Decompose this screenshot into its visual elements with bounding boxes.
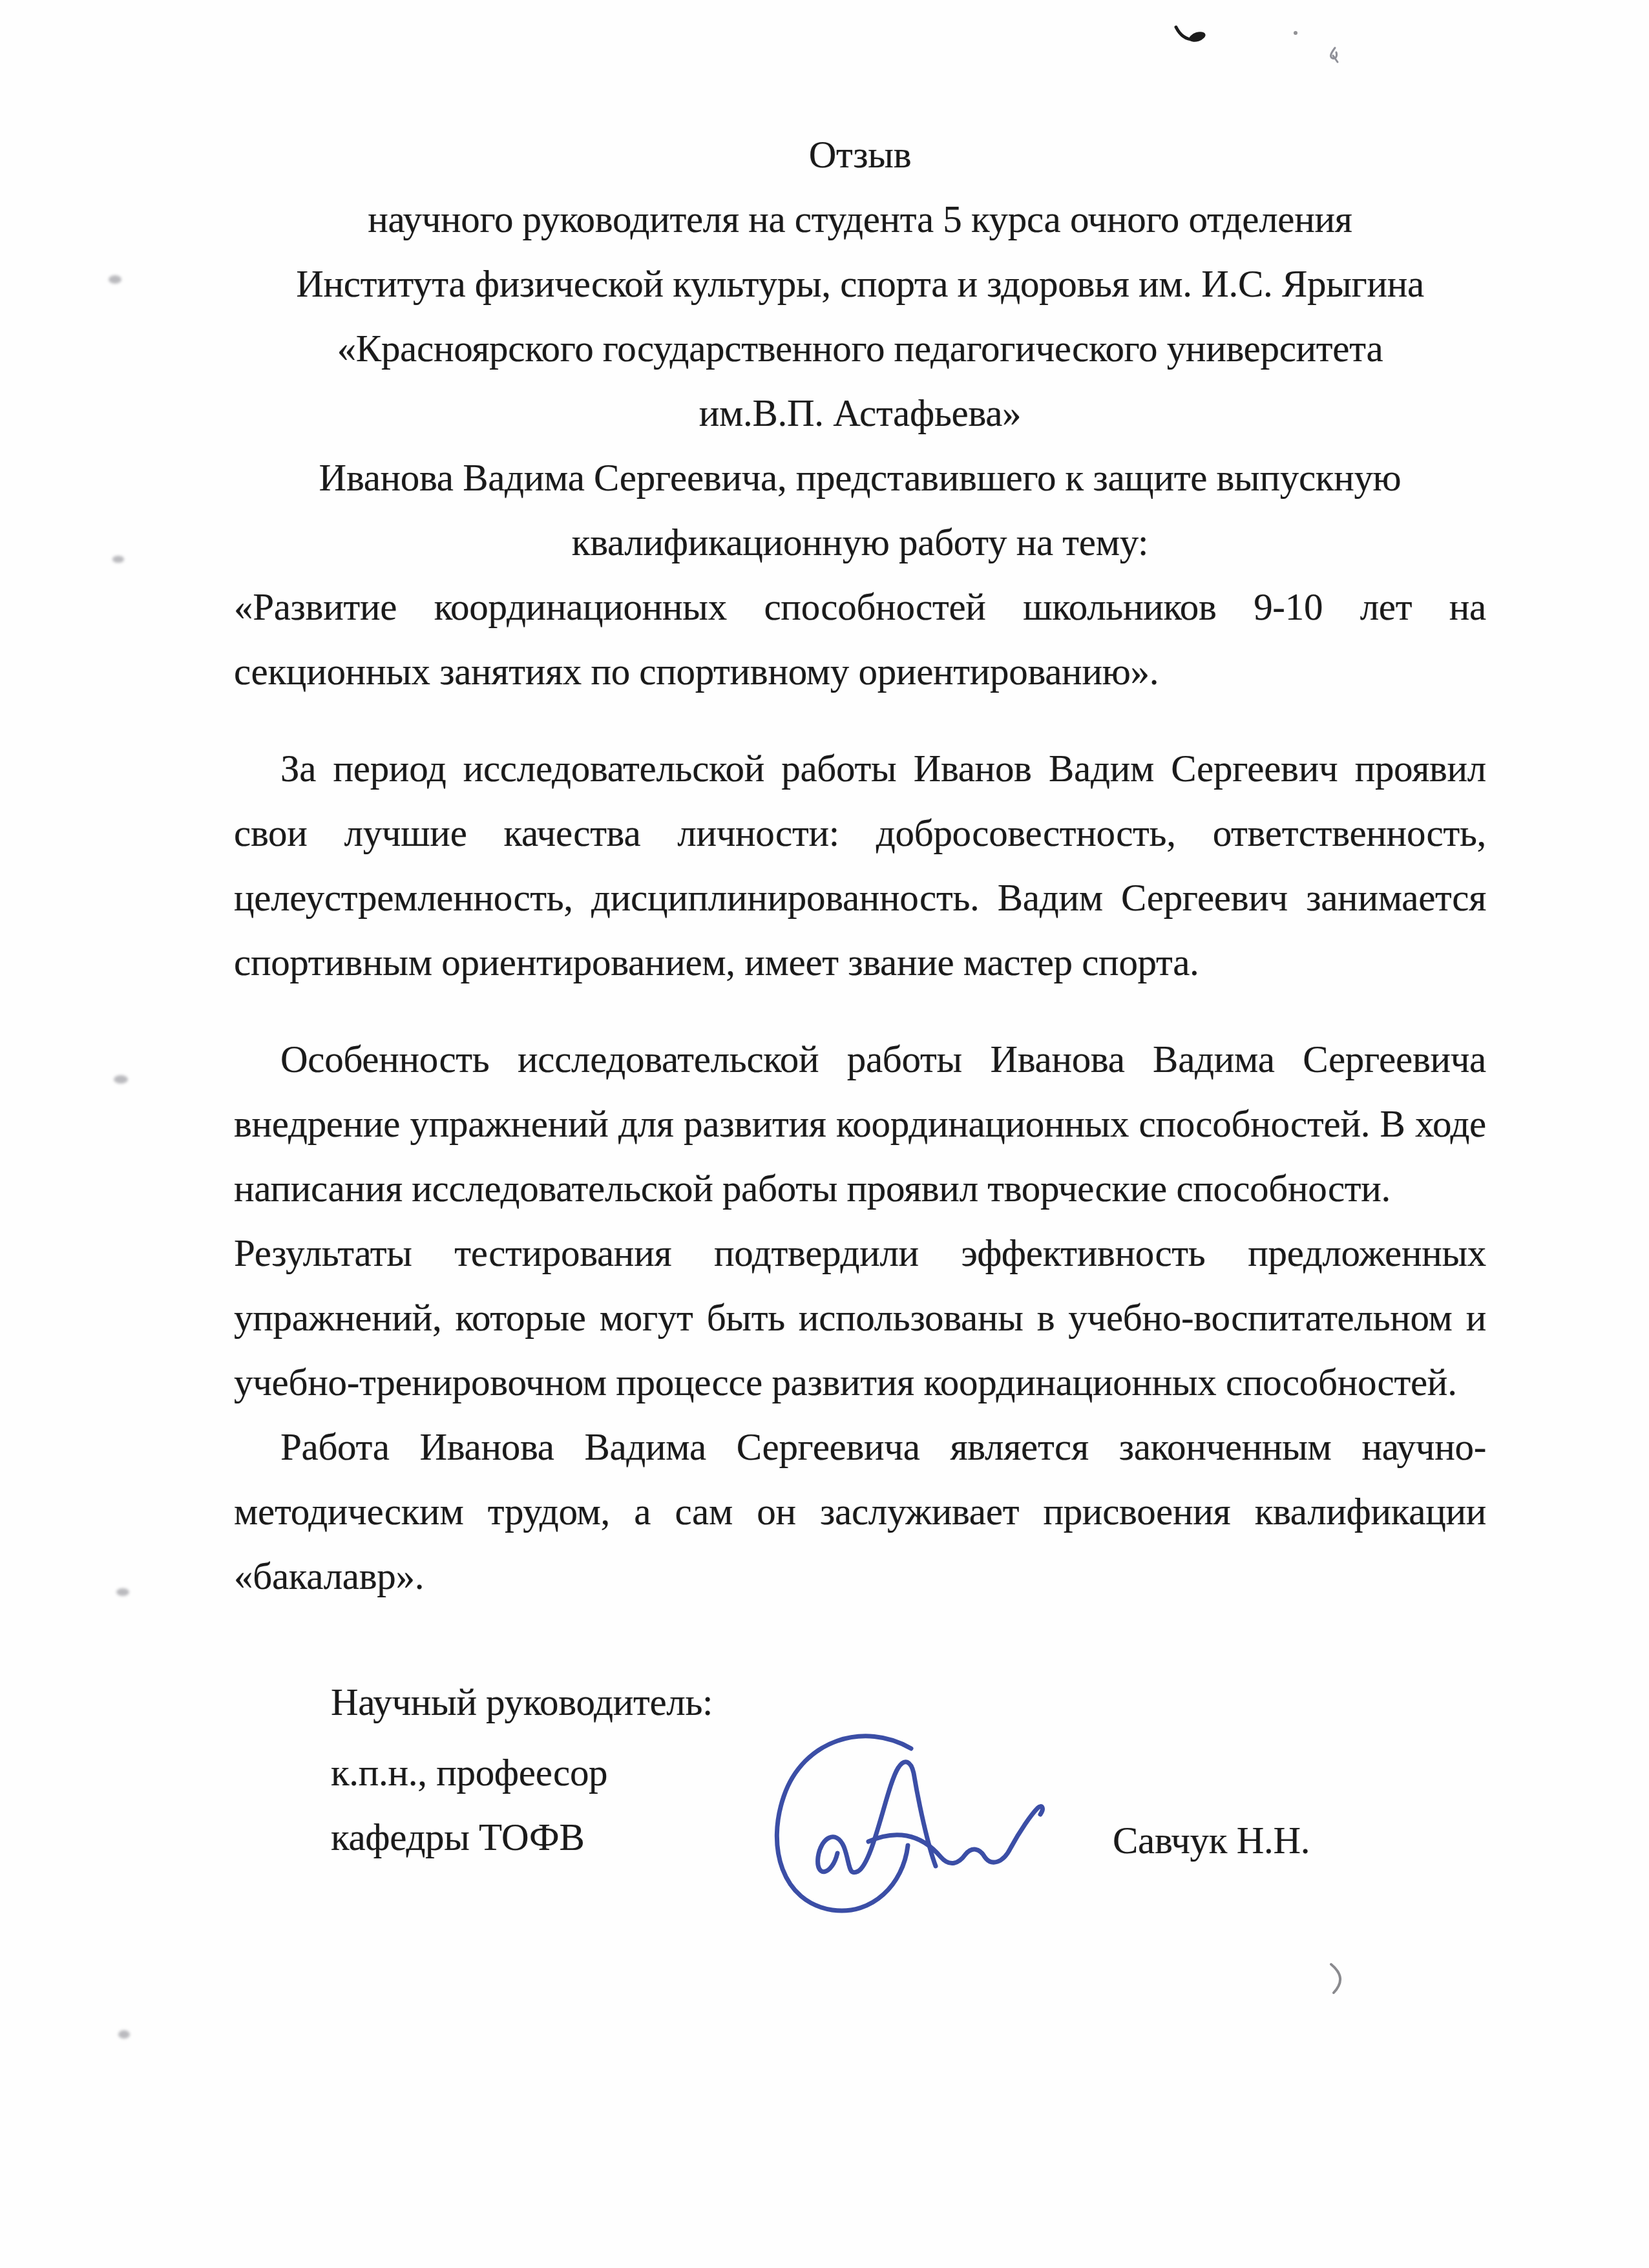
- text-line: Особенность исследовательской работы Ива…: [234, 1027, 1486, 1091]
- text-line: целеустремленность, дисциплинированность…: [234, 865, 1486, 930]
- signature-ink-stroke: [777, 1736, 1042, 1911]
- text-line: квалификационную работу на тему:: [234, 510, 1486, 574]
- text-line: спортивным ориентированием, имеет звание…: [234, 930, 1486, 994]
- scan-artifact-paren: [1331, 1964, 1340, 1993]
- text-line: Иванова Вадима Сергеевича, представившег…: [234, 445, 1486, 510]
- margin-speck: [114, 1075, 128, 1084]
- text-line: методическим трудом, а сам он заслуживае…: [234, 1479, 1486, 1544]
- margin-speck: [112, 556, 124, 563]
- text-line: Отзыв: [234, 122, 1486, 187]
- text-line: секционных занятиях по спортивному ориен…: [234, 639, 1486, 704]
- margin-speck: [116, 1588, 129, 1596]
- text-line: учебно-тренировочном процессе развития к…: [234, 1350, 1486, 1414]
- text-line: свои лучшие качества личности: добросове…: [234, 801, 1486, 865]
- signature-name: Савчук Н.Н.: [1113, 1808, 1310, 1873]
- page: Отзывнаучного руководителя на студента 5…: [0, 0, 1649, 2268]
- text-line: «бакалавр».: [234, 1544, 1486, 1608]
- text-line: Института физической культуры, спорта и …: [234, 251, 1486, 316]
- margin-speck: [109, 275, 121, 284]
- scan-artifact-squiggle: [1330, 48, 1338, 62]
- signature-role-line: Научный руководитель:: [331, 1670, 713, 1734]
- text-line: им.В.П. Астафьева»: [234, 381, 1486, 445]
- text-line: научного руководителя на студента 5 курс…: [234, 187, 1486, 251]
- margin-speck: [118, 2030, 130, 2039]
- scan-artifact-swoosh: [1176, 27, 1207, 44]
- signature-department-line: кафедры ТОФВ: [331, 1805, 584, 1869]
- text-line: Результаты тестирования подтвердили эффе…: [234, 1221, 1486, 1285]
- document-lines: Отзывнаучного руководителя на студента 5…: [234, 122, 1486, 1608]
- text-line: написания исследовательской работы прояв…: [234, 1156, 1486, 1221]
- scan-artifact-dot: [1294, 31, 1297, 35]
- text-line: «Красноярского государственного педагоги…: [234, 316, 1486, 381]
- text-line: Работа Иванова Вадима Сергеевича являетс…: [234, 1414, 1486, 1479]
- text-line: За период исследовательской работы Ивано…: [234, 736, 1486, 801]
- text-line: внедрение упражнений для развития коорди…: [234, 1091, 1486, 1156]
- signature-degree-line: к.п.н., профеесор: [331, 1740, 607, 1805]
- text-line: «Развитие координационных способностей ш…: [234, 574, 1486, 639]
- text-line: упражнений, которые могут быть использов…: [234, 1285, 1486, 1350]
